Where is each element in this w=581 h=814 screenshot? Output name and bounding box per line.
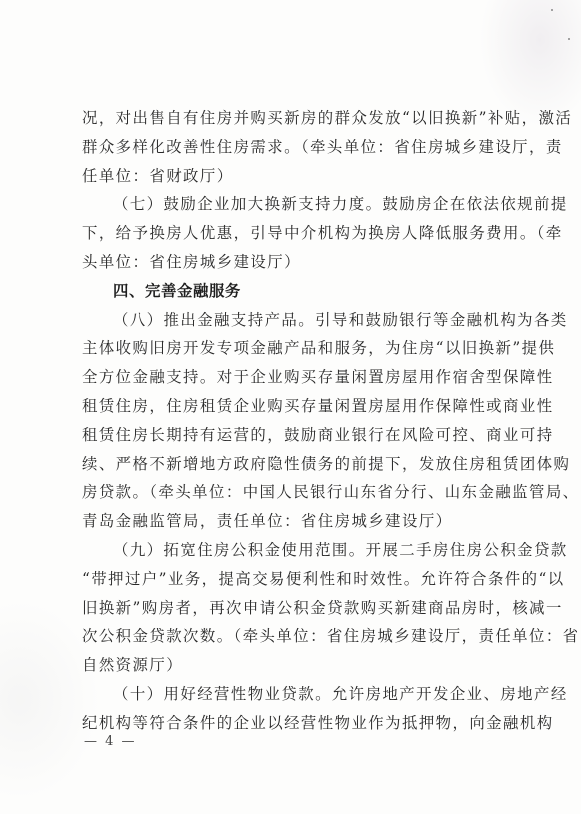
scan-speck bbox=[551, 9, 553, 11]
paragraph-line: 续、严格不新增地方政府隐性债务的前提下，发放住房租赁团体购 bbox=[82, 450, 502, 479]
paragraph-item-8-start: （八）推出金融支持产品。引导和鼓励银行等金融机构为各类 bbox=[82, 306, 502, 335]
paragraph-line: 自然资源厅） bbox=[82, 651, 502, 680]
paragraph-line: 头单位：省住房城乡建设厅） bbox=[82, 248, 502, 277]
section-heading: 四、完善金融服务 bbox=[82, 277, 502, 306]
document-body: 况，对出售自有住房并购买新房的群众发放“以旧换新”补贴，激活 群众多样化改善性住… bbox=[82, 104, 502, 738]
paragraph-line: 群众多样化改善性住房需求。（牵头单位：省住房城乡建设厅，责 bbox=[82, 133, 502, 162]
paragraph-line: 任单位：省财政厅） bbox=[82, 162, 502, 191]
paragraph-line: 主体收购旧房开发专项金融产品和服务，为住房“以旧换新”提供 bbox=[82, 334, 502, 363]
paragraph-line: 况，对出售自有住房并购买新房的群众发放“以旧换新”补贴，激活 bbox=[82, 104, 502, 133]
page-number: — 4 — bbox=[84, 734, 137, 749]
paragraph-item-9-start: （九）拓宽住房公积金使用范围。开展二手房住房公积金贷款 bbox=[82, 536, 502, 565]
paragraph-line: 全方位金融支持。对于企业购买存量闲置房屋用作宿舍型保障性 bbox=[82, 363, 502, 392]
paragraph-line: 租赁住房，住房租赁企业购买存量闲置房屋用作保障性或商业性 bbox=[82, 392, 502, 421]
paragraph-line: “带押过户”业务，提高交易便利性和时效性。允许符合条件的“以 bbox=[82, 565, 502, 594]
paragraph-line: 租赁住房长期持有运营的，鼓励商业银行在风险可控、商业可持 bbox=[82, 421, 502, 450]
paragraph-line: 次公积金贷款次数。（牵头单位：省住房城乡建设厅，责任单位：省 bbox=[82, 622, 502, 651]
scan-speck bbox=[568, 38, 570, 40]
paragraph-line: 纪机构等符合条件的企业以经营性物业作为抵押物，向金融机构 bbox=[82, 709, 502, 738]
paragraph-line: 房贷款。（牵头单位：中国人民银行山东省分行、山东金融监管局、 bbox=[82, 478, 502, 507]
paragraph-line: 青岛金融监管局，责任单位：省住房城乡建设厅） bbox=[82, 507, 502, 536]
paragraph-line: 旧换新”购房者，再次申请公积金贷款购买新建商品房时，核减一 bbox=[82, 594, 502, 623]
scanned-document-page: 况，对出售自有住房并购买新房的群众发放“以旧换新”补贴，激活 群众多样化改善性住… bbox=[0, 0, 581, 814]
paragraph-item-10-start: （十）用好经营性物业贷款。允许房地产开发企业、房地产经 bbox=[82, 680, 502, 709]
paragraph-item-7-start: （七）鼓励企业加大换新支持力度。鼓励房企在依法依规前提 bbox=[82, 190, 502, 219]
paragraph-line: 下，给予换房人优惠，引导中介机构为换房人降低服务费用。（牵 bbox=[82, 219, 502, 248]
